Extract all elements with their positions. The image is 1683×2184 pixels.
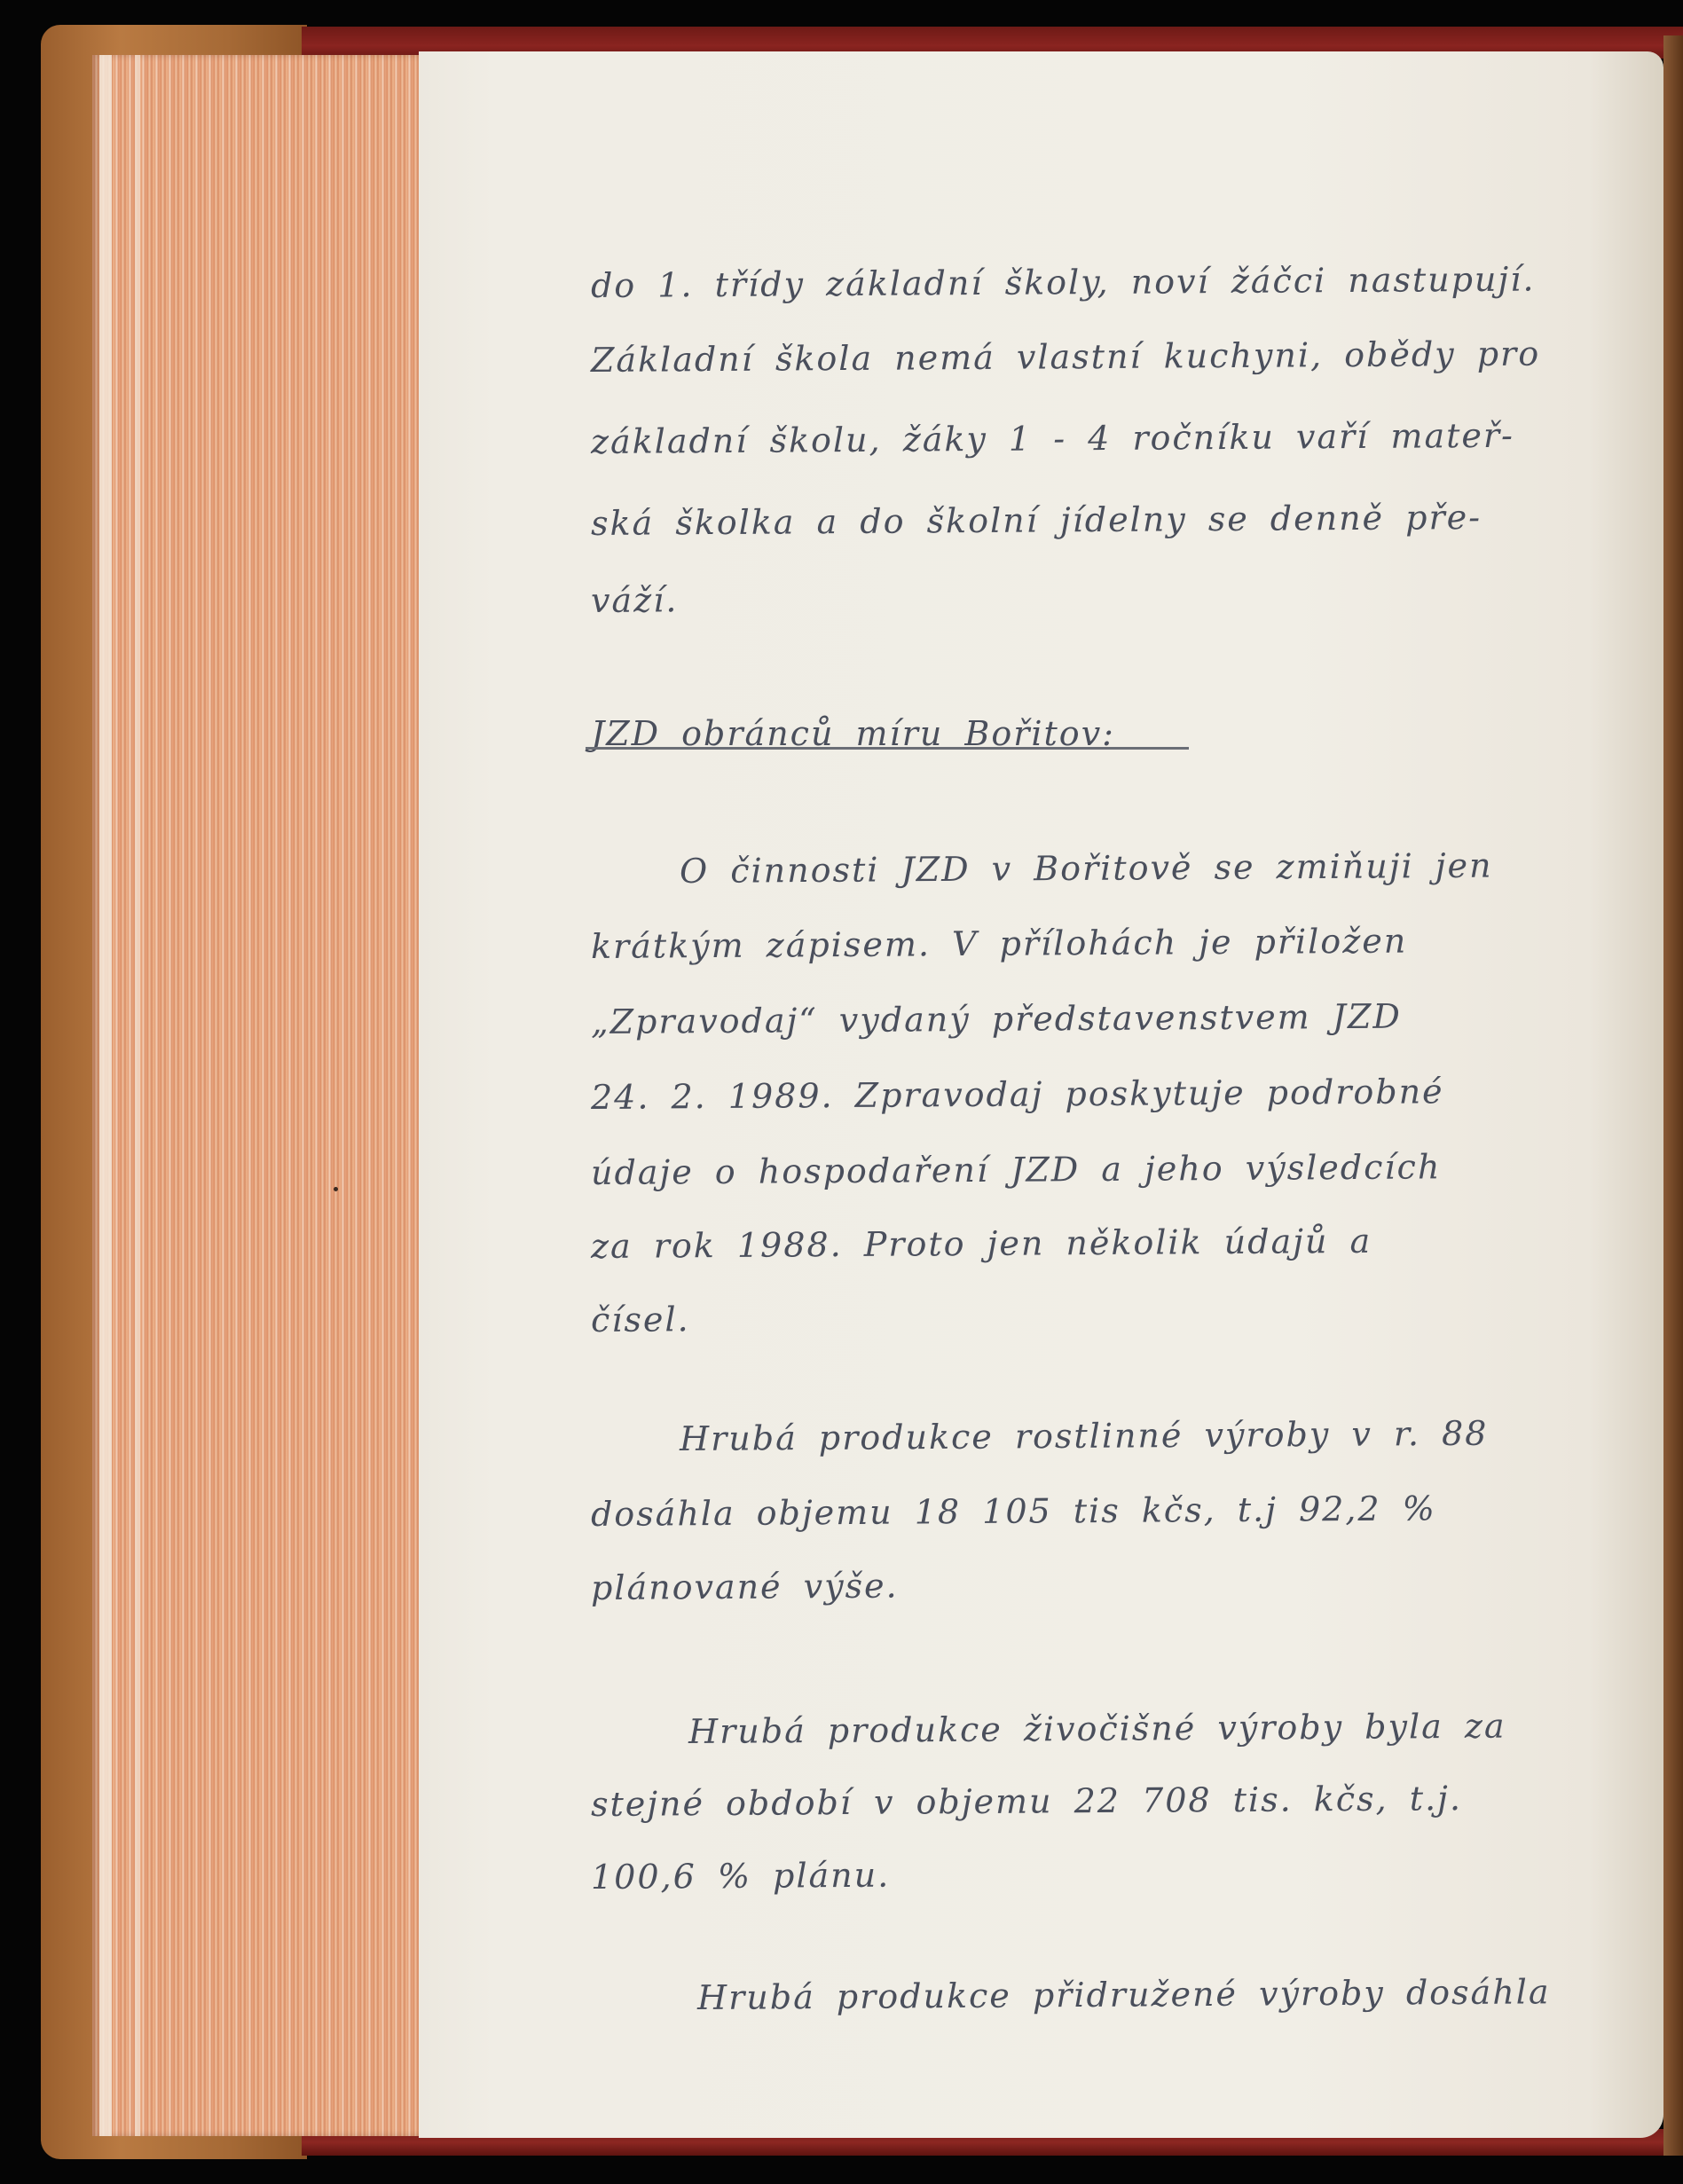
text-line: za rok 1988. Proto jen několik údajů a [591,1222,1372,1266]
text-line: ská školka a do školní jídelny se denně … [591,498,1482,543]
text-line: plánované výše. [591,1567,899,1607]
cover-right-edge [1663,35,1683,2156]
text-line: krátkým zápisem. V přílohách je přiložen [591,922,1408,966]
text-line: Hrubá produkce živočišné výroby byla za [688,1707,1506,1751]
page-edge-dot [334,1187,338,1191]
text-line: do 1. třídy základní školy, noví žáčci n… [591,260,1536,305]
text-line: 24. 2. 1989. Zpravodaj poskytuje podrobn… [591,1072,1444,1117]
page-block-fore-edge [92,55,419,2136]
text-line: Hrubá produkce přidružené výroby dosáhla [697,1972,1551,2017]
text-line: Hrubá produkce rostlinné výroby v r. 88 [680,1414,1489,1458]
text-line: Základní škola nemá vlastní kuchyni, obě… [591,334,1540,380]
text-line: 100,6 % plánu. [591,1856,891,1897]
text-line: stejné období v objemu 22 708 tis. kčs, … [591,1779,1462,1824]
text-line: O činnosti JZD v Bořitově se zmiňuji jen [680,846,1493,891]
text-line: váží. [591,580,679,620]
text-line: základní školu, žáky 1 - 4 ročníku vaří … [591,416,1514,461]
text-line: „Zpravodaj“ vydaný představenstvem JZD [591,997,1402,1041]
text-line: údaje o hospodaření JZD a jeho výsledcíc… [591,1147,1442,1192]
heading-underline [586,747,1189,750]
text-line: čísel. [591,1300,690,1339]
text-line: dosáhla objemu 18 105 tis kčs, t.j 92,2 … [591,1489,1436,1534]
